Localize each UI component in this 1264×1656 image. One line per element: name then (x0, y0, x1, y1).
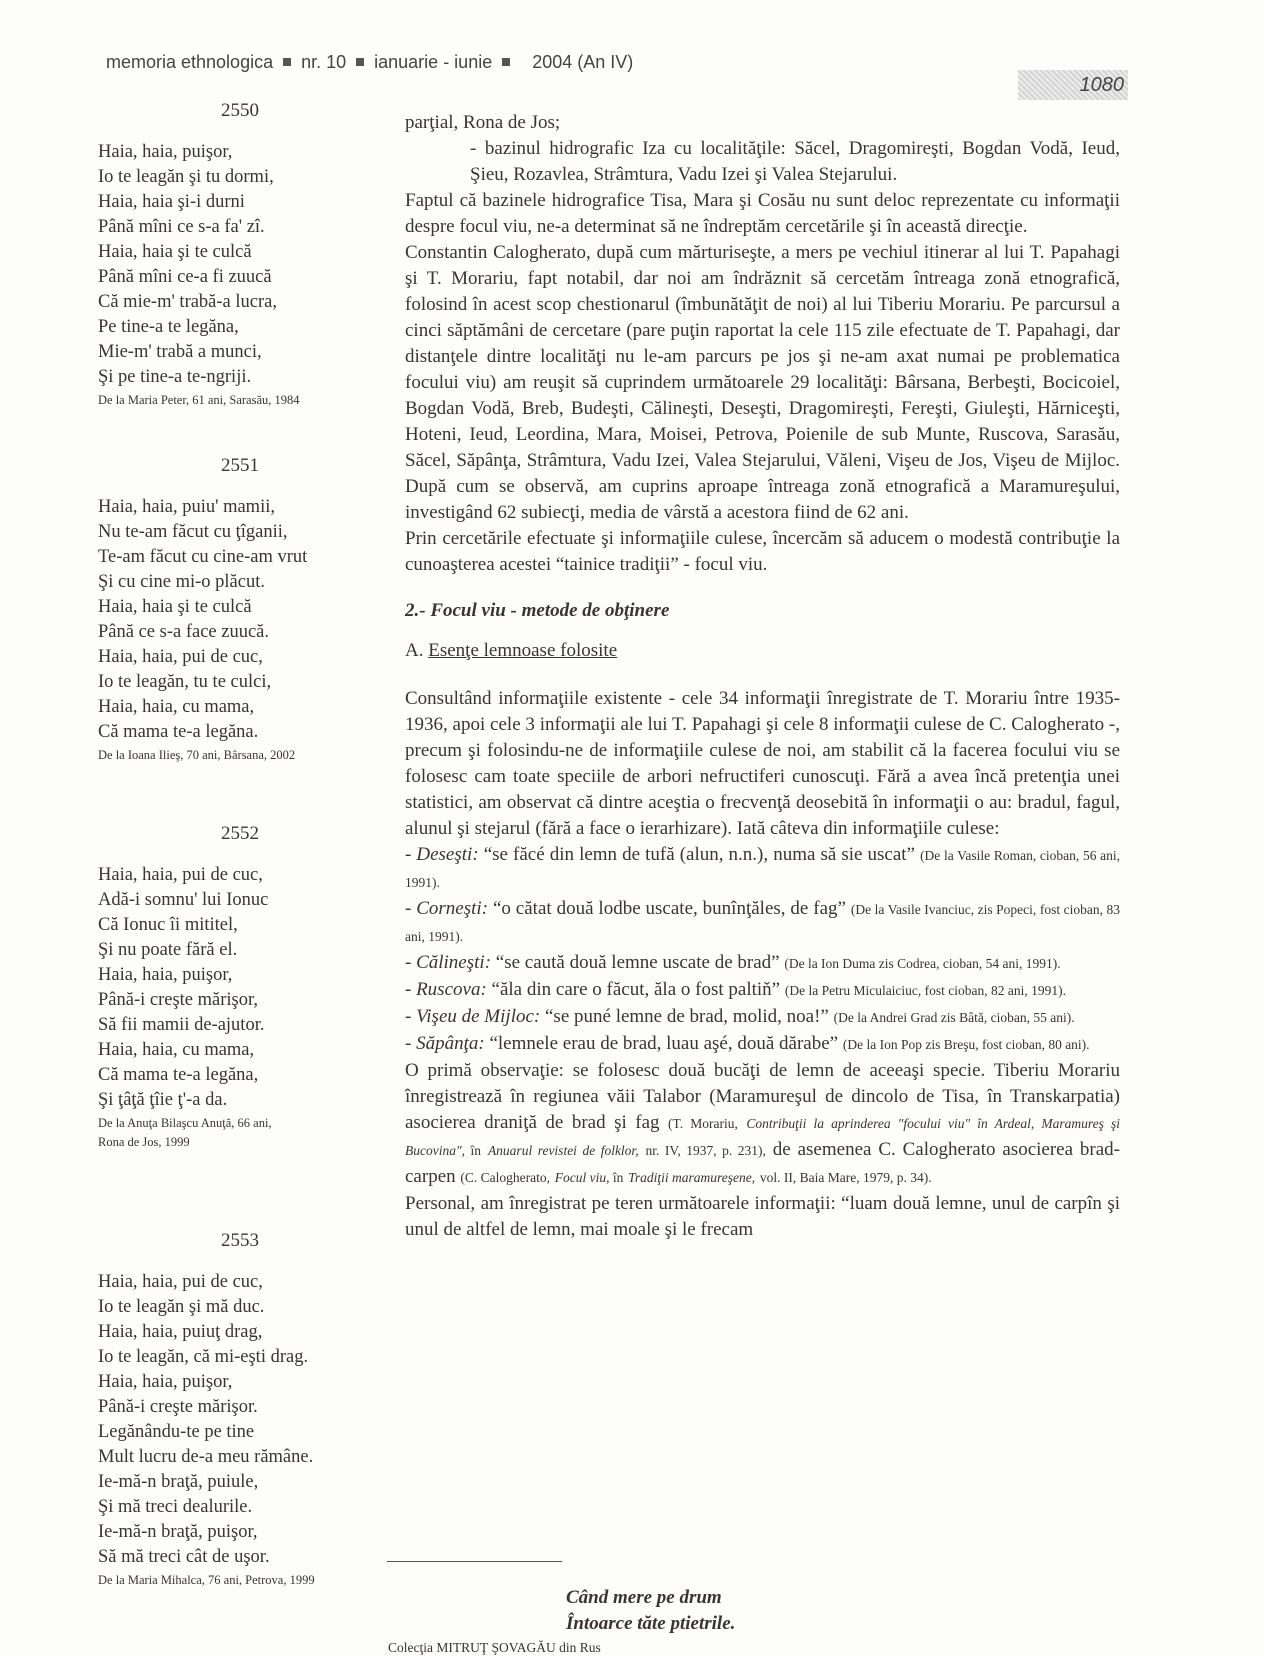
citation: , în (606, 1170, 623, 1185)
quote-source: (De la Ion Duma zis Codrea, cioban, 54 a… (784, 956, 1060, 971)
paragraph: Personal, am înregistrat pe teren următo… (405, 1191, 1120, 1243)
verse-line: Până mîni ce s-a fa' zî. (70, 215, 370, 240)
song-number: 2550 (70, 100, 370, 122)
verse-line: Şi ţâţă ţîie ţ'-a da. (70, 1088, 370, 1113)
verse-line: Să fii mamii de-ajutor. (70, 1013, 370, 1038)
subsection-prefix: A. (405, 640, 423, 661)
song-number: 2551 (70, 455, 370, 477)
paragraph: Consultând informaţiile existente - cele… (405, 686, 1120, 842)
verse-line: Până-i creşte mărişor, (70, 988, 370, 1013)
verse-line: Mult lucru de-a meu rămâne. (70, 1445, 370, 1470)
paragraph: Faptul că bazinele hidrografice Tisa, Ma… (405, 188, 1120, 240)
verse-line: Haia, haia, pui de cuc, (70, 1270, 370, 1295)
verse-line: Legănându-te pe tine (70, 1420, 370, 1445)
song-source: Rona de Jos, 1999 (70, 1134, 370, 1151)
journal-title: memoria ethnologica (106, 52, 273, 72)
quote-text: “se făcé din lemn de tufă (alun, n.n.), … (484, 844, 915, 865)
subsection-title: Esenţe lemnoase folosite (428, 640, 617, 661)
section-heading: 2.- Focul viu - metode de obţinere (405, 600, 1120, 622)
paragraph: parţial, Rona de Jos; (405, 110, 1120, 136)
citation-journal: Tradiţii maramureşene, (628, 1170, 755, 1185)
verse-line: Pe tine-a te legăna, (70, 315, 370, 340)
verse-line: Haia, haia, puişor, (70, 1370, 370, 1395)
verse-line: Io te leagăn, că mi-eşti drag. (70, 1345, 370, 1370)
verse-line: Şi pe tine-a te-ngriji. (70, 365, 370, 390)
verse-line: Adă-i somnu' lui Ionuc (70, 888, 370, 913)
verse-line: Haia, haia, puişor, (70, 140, 370, 165)
citation: (C. Calogherato, (460, 1170, 550, 1185)
subsection-heading: A. Esenţe lemnoase folosite (405, 640, 1120, 662)
field-quote: - Săpânţa: “lemnele erau de brad, luau a… (405, 1031, 1120, 1058)
place-name: - Vişeu de Mijloc: (405, 1006, 540, 1027)
verse-line: Haia, haia, puiuţ drag, (70, 1320, 370, 1345)
verse-line: Până mîni ce-a fi zuucă (70, 265, 370, 290)
citation: nr. IV, 1937, p. 231), (645, 1143, 765, 1158)
song-2550: 2550 Haia, haia, puişor, Io te leagăn şi… (70, 100, 370, 409)
quote-source: (De la Petru Miculaiciuc, fost cioban, 8… (785, 983, 1066, 998)
verse-line: Că mama te-a legăna, (70, 1063, 370, 1088)
quote-text: “lemnele erau de brad, luau aşé, două dă… (489, 1033, 838, 1054)
place-name: - Corneşti: (405, 898, 488, 919)
proverb: Când mere pe drum Întoarce tăte ptietril… (566, 1585, 735, 1637)
quote-text: “ăla din care o făcut, ăla o fost paltiň… (492, 979, 781, 1000)
verse-line: Io te leagăn, tu te culci, (70, 670, 370, 695)
place-name: - Săpânţa: (405, 1033, 485, 1054)
song-2551: 2551 Haia, haia, puiu' mamii, Nu te-am f… (70, 455, 370, 764)
song-source: De la Maria Peter, 61 ani, Sarasău, 1984 (70, 392, 370, 409)
verse-line: Haia, haia, pui de cuc, (70, 645, 370, 670)
article-column: parţial, Rona de Jos; - bazinul hidrogra… (405, 110, 1120, 1243)
place-name: - Călineşti: (405, 952, 491, 973)
verse-line: Că Ionuc îi mititel, (70, 913, 370, 938)
verse-line: Ie-mă-n braţă, puiule, (70, 1470, 370, 1495)
verse-line: Că mie-m' trabă-a lucra, (70, 290, 370, 315)
verse-line: Io te leagăn şi tu dormi, (70, 165, 370, 190)
song-2552: 2552 Haia, haia, pui de cuc, Adă-i somnu… (70, 823, 370, 1151)
verse-line: Ie-mă-n braţă, puişor, (70, 1520, 370, 1545)
place-name: - Ruscova: (405, 979, 487, 1000)
song-source: De la Anuţa Bilaşcu Anuţă, 66 ani, (70, 1115, 370, 1132)
paragraph: - bazinul hidrografic Iza cu localităţil… (405, 136, 1120, 188)
verse-line: Io te leagăn şi mă duc. (70, 1295, 370, 1320)
running-header: memoria ethnologicanr. 10ianuarie - iuni… (106, 52, 633, 73)
verse-line: Haia, haia şi te culcă (70, 240, 370, 265)
quote-text: “o cătat două lodbe uscate, bunînţăles, … (493, 898, 846, 919)
issue-number: nr. 10 (301, 52, 346, 72)
quote-source: (De la Ion Pop zis Breşu, fost cioban, 8… (843, 1037, 1090, 1052)
field-quote: - Vişeu de Mijloc: “se puné lemne de bra… (405, 1004, 1120, 1031)
quote-text: “se caută două lemne uscate de brad” (496, 952, 780, 973)
verse-line: Până-i creşte mărişor. (70, 1395, 370, 1420)
citation: , în (462, 1143, 481, 1158)
proverb-line: Când mere pe drum (566, 1585, 735, 1611)
verse-line: Că mama te-a legăna. (70, 720, 370, 745)
verse-line: Haia, haia, puişor, (70, 963, 370, 988)
field-quote: - Corneşti: “o cătat două lodbe uscate, … (405, 896, 1120, 950)
citation: vol. II, Baia Mare, 1979, p. 34). (760, 1170, 932, 1185)
citation-title: Focul viu (555, 1170, 606, 1185)
field-quote: - Călineşti: “se caută două lemne uscate… (405, 950, 1120, 977)
bullet-square-icon (502, 58, 510, 66)
verse-line: Nu te-am făcut cu ţîganii, (70, 520, 370, 545)
song-number: 2552 (70, 823, 370, 845)
field-quote: - Deseşti: “se făcé din lemn de tufă (al… (405, 842, 1120, 896)
issue-period: ianuarie - iunie (374, 52, 492, 72)
verse-line: Haia, haia, puiu' mamii, (70, 495, 370, 520)
verse-line: Şi mă treci dealurile. (70, 1495, 370, 1520)
bullet-square-icon (283, 58, 291, 66)
verse-line: Haia, haia, cu mama, (70, 1038, 370, 1063)
song-source: De la Maria Mihalca, 76 ani, Petrova, 19… (70, 1572, 370, 1589)
verse-line: Haia, haia şi-i durni (70, 190, 370, 215)
verse-line: Te-am făcut cu cine-am vrut (70, 545, 370, 570)
collection-credit: Colecţia MITRUŢ ŞOVAGĂU din Rus (388, 1640, 601, 1656)
place-name: - Deseşti: (405, 844, 479, 865)
quote-source: (De la Andrei Grad zis Bâtă, cioban, 55 … (834, 1010, 1075, 1025)
issue-year: 2004 (An IV) (532, 52, 633, 72)
proverb-line: Întoarce tăte ptietrile. (566, 1611, 735, 1637)
citation: (T. Morariu, (668, 1116, 738, 1131)
paragraph: Constantin Calogherato, după cum mărturi… (405, 240, 1120, 526)
verse-line: Până ce s-a face zuucă. (70, 620, 370, 645)
song-number: 2553 (70, 1230, 370, 1252)
field-quote: - Ruscova: “ăla din care o făcut, ăla o … (405, 977, 1120, 1004)
verse-line: Haia, haia, cu mama, (70, 695, 370, 720)
page-number: 1080 (1018, 70, 1128, 100)
paragraph: Prin cercetările efectuate şi informaţii… (405, 526, 1120, 578)
citation-journal: Anuarul revistei de folklor, (488, 1143, 639, 1158)
paragraph: O primă observaţie: se folosesc două buc… (405, 1058, 1120, 1191)
song-2553: 2553 Haia, haia, pui de cuc, Io te leagă… (70, 1230, 370, 1589)
bullet-square-icon (356, 58, 364, 66)
verse-line: Haia, haia şi te culcă (70, 595, 370, 620)
verse-line: Şi nu poate fără el. (70, 938, 370, 963)
footnote-divider (387, 1561, 562, 1562)
quote-text: “se puné lemne de brad, molid, noa!” (545, 1006, 829, 1027)
verse-line: Haia, haia, pui de cuc, (70, 863, 370, 888)
verse-line: Mie-m' trabă a munci, (70, 340, 370, 365)
verse-line: Să mă treci cât de uşor. (70, 1545, 370, 1570)
song-source: De la Ioana Ilieş, 70 ani, Bârsana, 2002 (70, 747, 370, 764)
verse-line: Şi cu cine mi-o plăcut. (70, 570, 370, 595)
